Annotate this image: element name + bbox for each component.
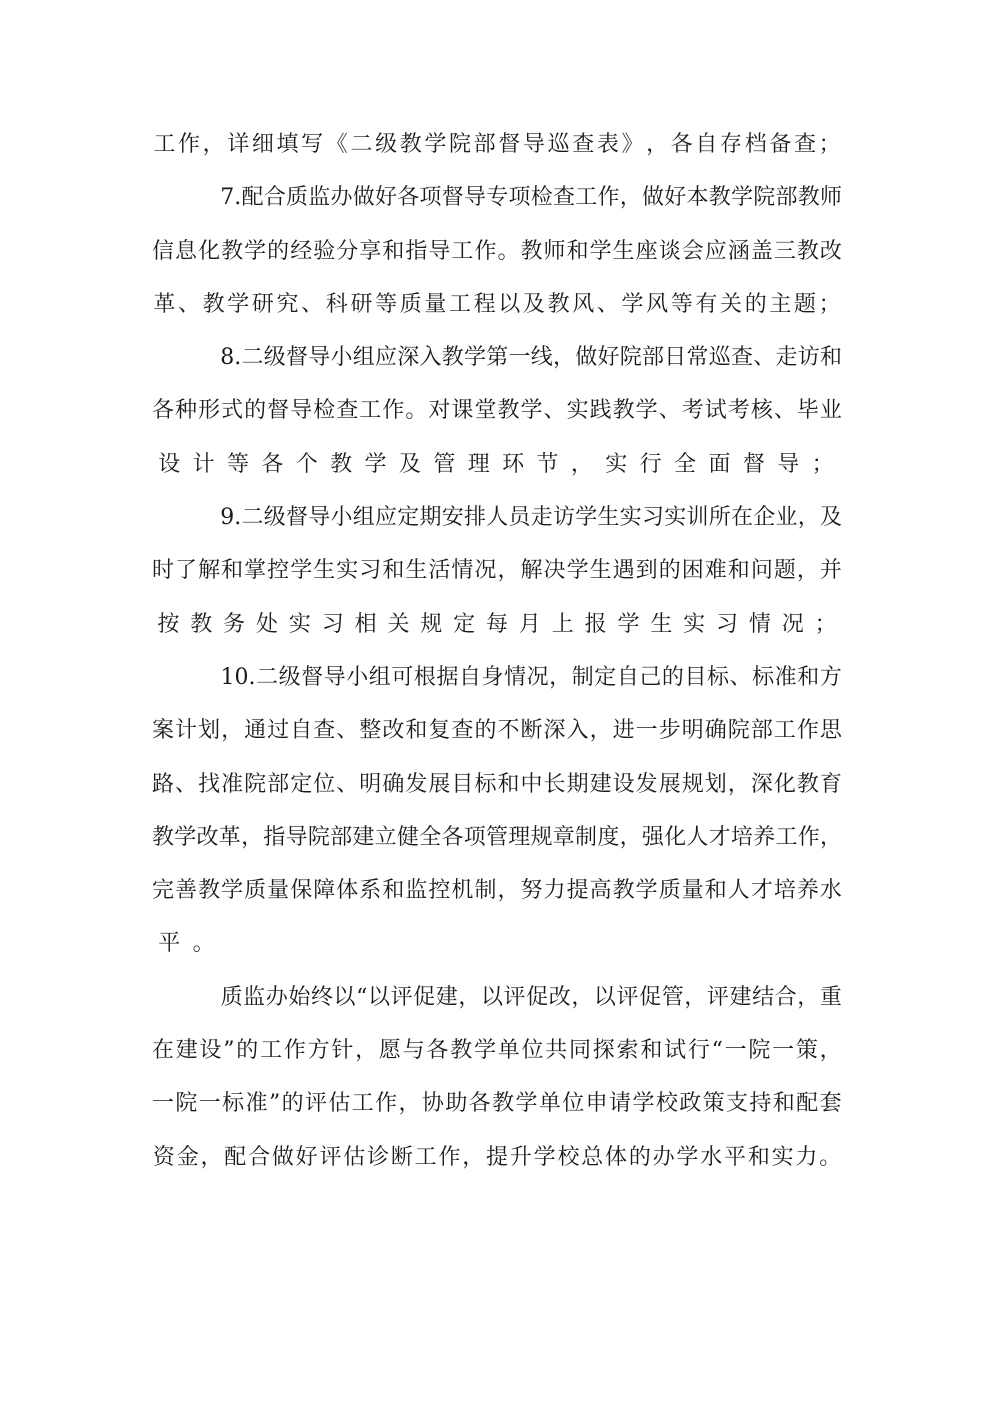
text-line: 信息化教学的经验分享和指导工作。教师和学生座谈会应涵盖三教改 (152, 235, 842, 288)
paragraph-indent (152, 181, 220, 234)
text-line: 革、教学研究、科研等质量工程以及教风、学风等有关的主题； (152, 288, 842, 341)
paragraph-indent (152, 341, 220, 394)
paragraph-item-9: 9.二级督导小组应定期安排人员走访学生实习实训所在企业，及时了解和掌控学生实习和… (152, 501, 842, 661)
paragraph-indent (152, 501, 220, 554)
text-line: 10.二级督导小组可根据自身情况，制定自己的目标、标准和方 (152, 661, 842, 714)
text-line: 资金，配合做好评估诊断工作，提升学校总体的办学水平和实力。 (152, 1141, 842, 1194)
text-line: 工作，详细填写《二级教学院部督导巡查表》，各自存档备查； (152, 128, 842, 181)
text-line: 路、找准院部定位、明确发展目标和中长期建设发展规划，深化教育 (152, 768, 842, 821)
paragraph-indent (152, 661, 220, 714)
text-line: 在建设”的工作方针，愿与各教学单位共同探索和试行“一院一策， (152, 1034, 842, 1087)
text-line: 9.二级督导小组应定期安排人员走访学生实习实训所在企业，及 (152, 501, 842, 554)
text-line: 案计划，通过自查、整改和复查的不断深入，进一步明确院部工作思 (152, 714, 842, 767)
text-line: 8.二级督导小组应深入教学第一线，做好院部日常巡查、走访和 (152, 341, 842, 394)
text-line: 设计等各个教学及管理环节，实行全面督导； (152, 448, 842, 501)
text-line: 质监办始终以“以评促建，以评促改，以评促管，评建结合，重 (152, 981, 842, 1034)
paragraph-item-8: 8.二级督导小组应深入教学第一线，做好院部日常巡查、走访和各种形式的督导检查工作… (152, 341, 842, 501)
text-line: 教学改革，指导院部建立健全各项管理规章制度，强化人才培养工作， (152, 821, 842, 874)
paragraph-item-10: 10.二级督导小组可根据自身情况，制定自己的目标、标准和方案计划，通过自查、整改… (152, 661, 842, 981)
text-line: 时了解和掌控学生实习和生活情况，解决学生遇到的困难和问题，并 (152, 554, 842, 607)
document-page: 工作，详细填写《二级教学院部督导巡查表》，各自存档备查；7.配合质监办做好各项督… (152, 128, 842, 1194)
text-line: 一院一标准”的评估工作，协助各教学单位申请学校政策支持和配套 (152, 1087, 842, 1140)
text-line: 各种形式的督导检查工作。对课堂教学、实践教学、考试考核、毕业 (152, 394, 842, 447)
paragraph-closing: 质监办始终以“以评促建，以评促改，以评促管，评建结合，重在建设”的工作方针，愿与… (152, 981, 842, 1194)
text-line: 按教务处实习相关规定每月上报学生实习情况； (152, 608, 842, 661)
paragraph-item-7: 7.配合质监办做好各项督导专项检查工作，做好本教学院部教师信息化教学的经验分享和… (152, 181, 842, 341)
text-line: 7.配合质监办做好各项督导专项检查工作，做好本教学院部教师 (152, 181, 842, 234)
paragraph-p6-tail: 工作，详细填写《二级教学院部督导巡查表》，各自存档备查； (152, 128, 842, 181)
text-line: 完善教学质量保障体系和监控机制，努力提高教学质量和人才培养水 (152, 874, 842, 927)
paragraph-indent (152, 981, 220, 1034)
text-line: 平。 (152, 927, 842, 980)
